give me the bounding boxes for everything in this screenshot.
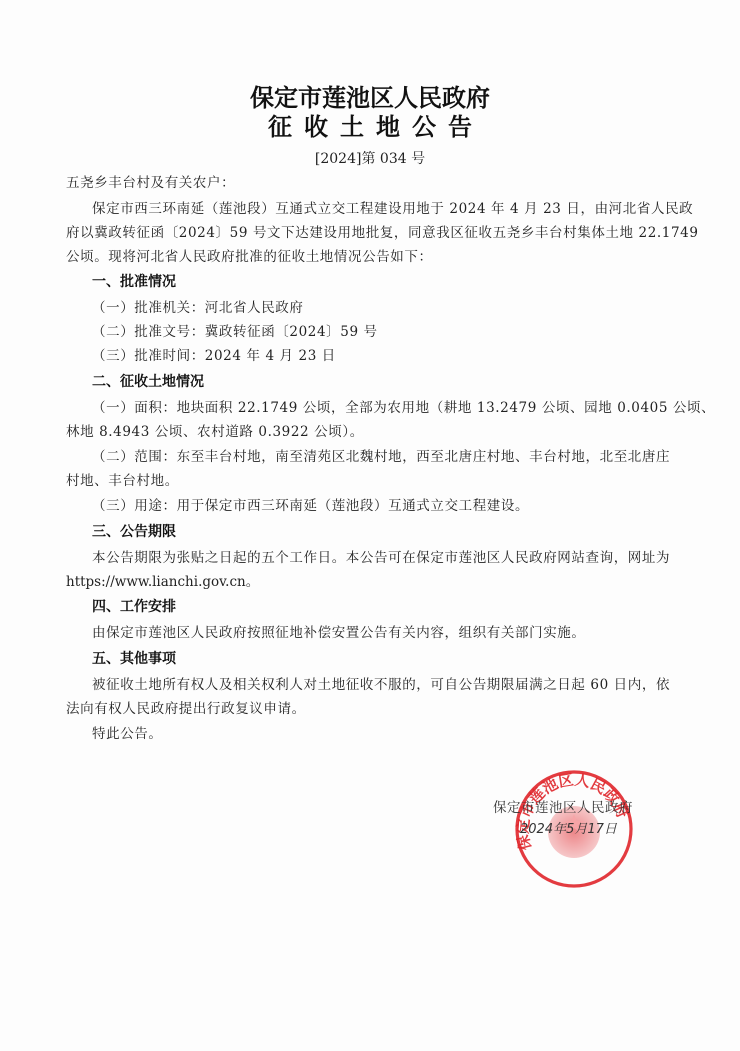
approval-date: （三）批准时间：2024 年 4 月 23 日 <box>92 347 336 365</box>
closing-statement: 特此公告。 <box>92 725 163 743</box>
other-line-1: 被征收土地所有权人及相关权利人对土地征收不服的，可自公告期限届满之日起 60 日… <box>92 676 670 694</box>
other-line-2: 法向有权人民政府提出行政复议申请。 <box>66 700 306 718</box>
section-heading-other: 五、其他事项 <box>92 650 176 668</box>
land-scope-line-2: 村地、丰台村地。 <box>66 472 179 490</box>
arrangement-text: 由保定市莲池区人民政府按照征地补偿安置公告有关内容，组织有关部门实施。 <box>92 624 586 642</box>
section-heading-period: 三、公告期限 <box>92 523 176 541</box>
intro-line-1: 保定市西三环南延（莲池段）互通式立交工程建设用地于 2024 年 4 月 23 … <box>92 200 693 218</box>
section-heading-land: 二、征收土地情况 <box>92 373 204 391</box>
period-line-1: 本公告期限为张贴之日起的五个工作日。本公告可在保定市莲池区人民政府网站查询，网址… <box>92 549 670 567</box>
approval-document-number: （二）批准文号：冀政转征函〔2024〕59 号 <box>92 323 378 341</box>
approval-authority: （一）批准机关：河北省人民政府 <box>92 299 304 317</box>
signing-organization: 保定市莲池区人民政府 <box>493 799 633 817</box>
document-title-issuer: 保定市莲池区人民政府 <box>0 84 740 112</box>
land-scope-line-1: （二）范围：东至丰台村地，南至清苑区北魏村地，西至北唐庄村地、丰台村地，北至北唐… <box>92 448 670 466</box>
signing-date: 2024年5月17日 <box>520 821 617 839</box>
intro-line-3: 公顷。现将河北省人民政府批准的征收土地情况公告如下： <box>66 248 433 266</box>
website-url: https://www.lianchi.gov.cn。 <box>66 573 259 591</box>
land-area-line-2: 林地 8.4943 公顷、农村道路 0.3922 公顷）。 <box>66 423 364 441</box>
document-number: [2024]第 034 号 <box>0 148 740 168</box>
section-heading-approval: 一、批准情况 <box>92 273 176 291</box>
land-area-line-1: （一）面积：地块面积 22.1749 公顷，全部为农用地（耕地 13.2479 … <box>92 399 715 417</box>
document-page: 保定市莲池区人民政府 征收土地公告 [2024]第 034 号 五尧乡丰台村及有… <box>0 0 740 1051</box>
land-purpose: （三）用途：用于保定市西三环南延（莲池段）互通式立交工程建设。 <box>92 497 529 515</box>
intro-line-2: 府以冀政转征函〔2024〕59 号文下达建设用地批复，同意我区征收五尧乡丰台村集… <box>66 224 699 242</box>
addressee: 五尧乡丰台村及有关农户： <box>66 174 235 192</box>
section-heading-arrangement: 四、工作安排 <box>92 598 176 616</box>
document-title-subject: 征收土地公告 <box>0 113 740 141</box>
